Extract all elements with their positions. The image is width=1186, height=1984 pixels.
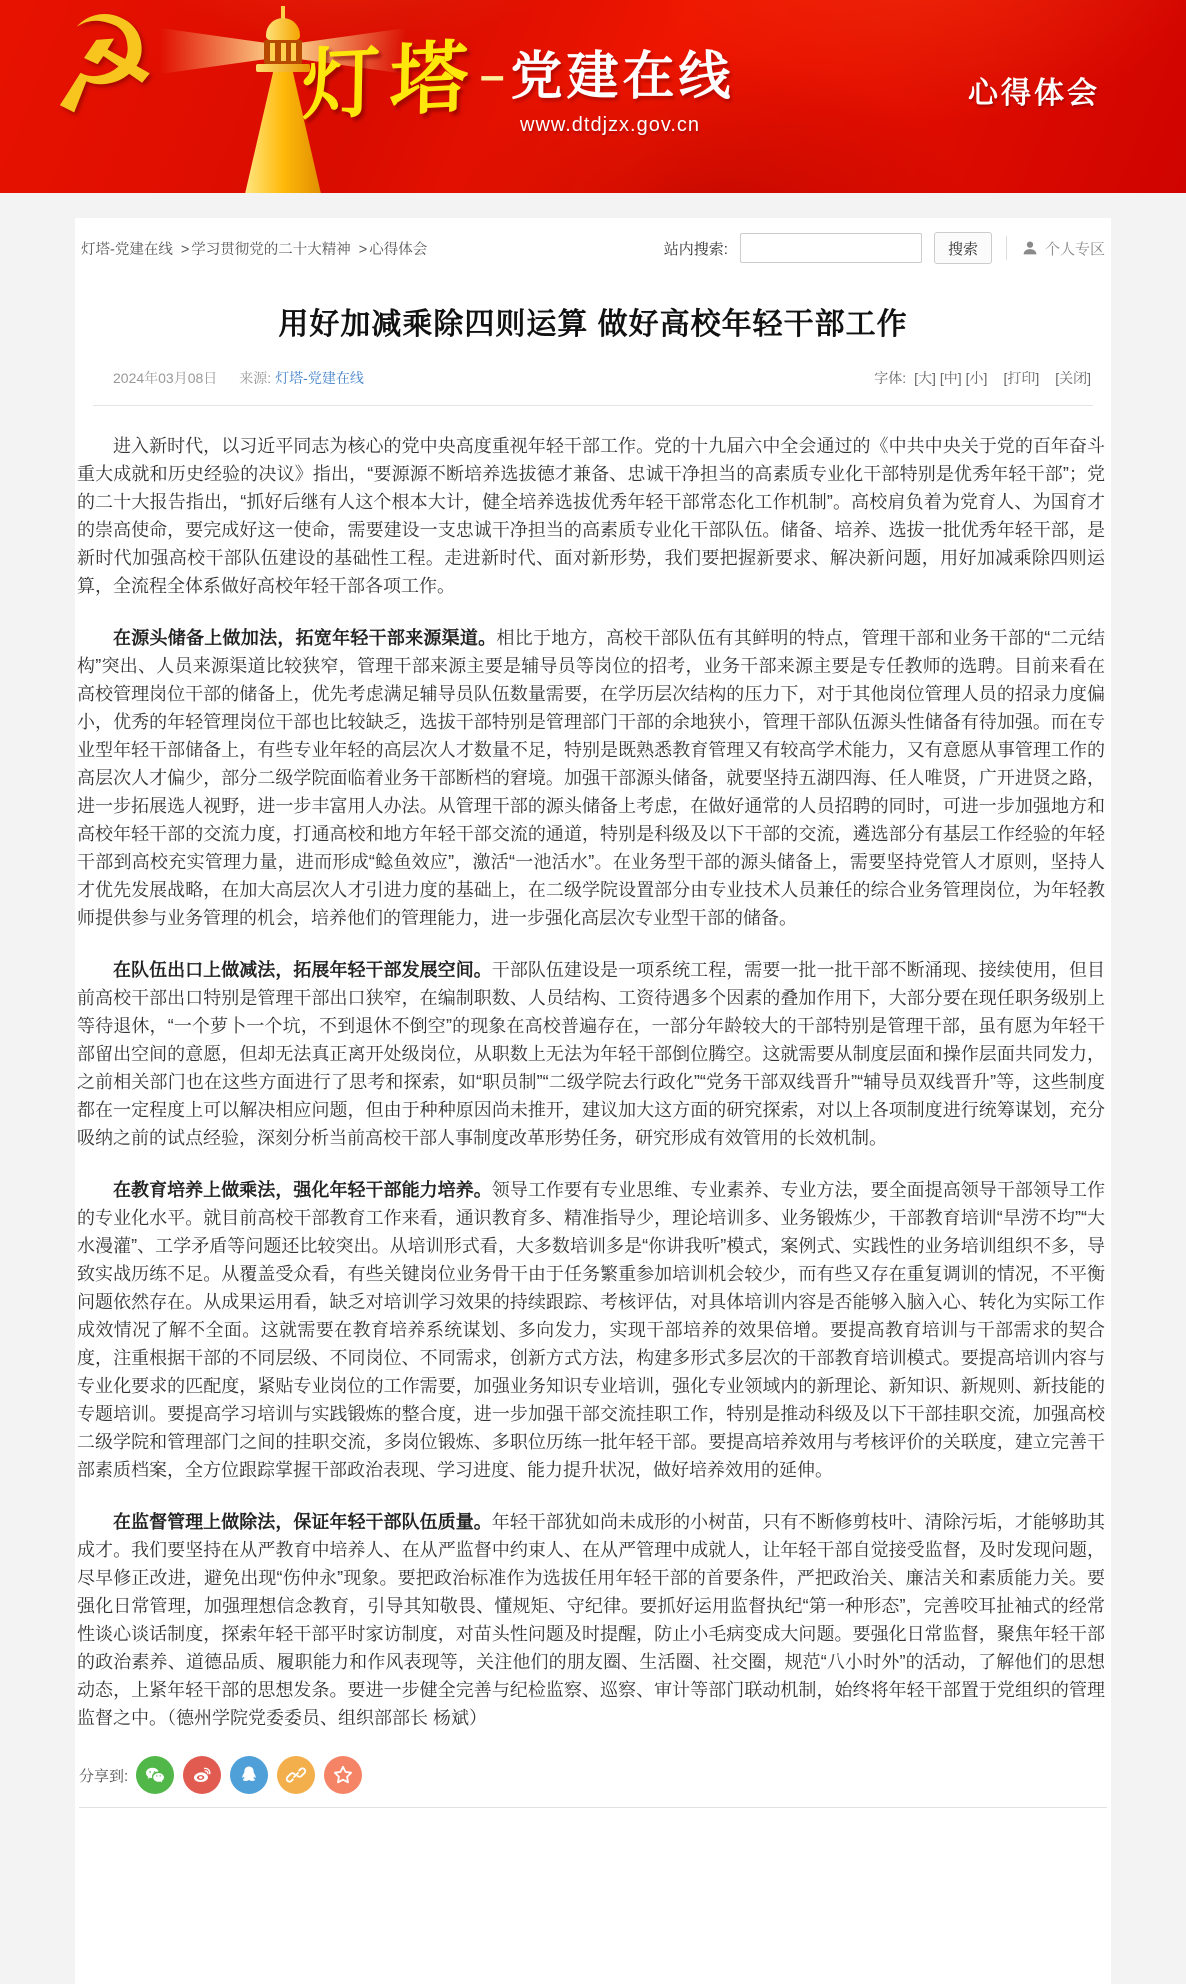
search-label: 站内搜索: xyxy=(664,238,728,259)
publish-date: 2024年03月08日 xyxy=(113,370,217,386)
source-label: 来源: xyxy=(239,370,271,386)
article-paragraph: 在队伍出口上做减法，拓展年轻干部发展空间。干部队伍建设是一项系统工程，需要一批一… xyxy=(77,956,1105,1152)
party-emblem-icon: ☭ xyxy=(34,0,169,149)
article-body: 进入新时代，以习近平同志为核心的党中央高度重视年轻干部工作。党的十九届六中全会通… xyxy=(75,406,1111,1732)
font-small-button[interactable]: [小] xyxy=(966,370,988,386)
article-meta: 2024年03月08日来源:灯塔-党建在线 字体:[大][中][小][打印][关… xyxy=(75,368,1111,388)
logo-main-text: 灯塔 xyxy=(301,37,478,124)
breadcrumb-separator: > xyxy=(359,242,367,258)
site-url: www.dtdjzx.gov.cn xyxy=(520,114,735,137)
article-title: 用好加减乘除四则运算 做好高校年轻干部工作 xyxy=(95,304,1091,346)
lighthouse-dome xyxy=(266,18,300,40)
article-paragraph: 在监督管理上做除法，保证年轻干部队伍质量。年轻干部犹如尚未成形的小树苗，只有不断… xyxy=(77,1508,1105,1732)
share-qq-button[interactable] xyxy=(230,1756,268,1794)
source-link[interactable]: 灯塔-党建在线 xyxy=(275,370,364,386)
site-banner: ☭ 灯塔–党建在线 www.dtdjzx.gov.cn 心得体会 xyxy=(0,0,1186,193)
content-card: 灯塔-党建在线>学习贯彻党的二十大精神>心得体会 站内搜索: 搜索 个人专区 用… xyxy=(75,218,1111,1984)
breadcrumb-home[interactable]: 灯塔-党建在线 xyxy=(81,242,173,258)
search-zone: 站内搜索: 搜索 个人专区 xyxy=(664,232,1105,264)
article-paragraph: 在教育培养上做乘法，强化年轻干部能力培养。领导工作要有专业思维、专业素养、专业方… xyxy=(77,1176,1105,1484)
share-link-button[interactable] xyxy=(277,1756,315,1794)
search-input[interactable] xyxy=(740,233,922,263)
share-weibo-button[interactable] xyxy=(183,1756,221,1794)
page-background: 灯塔-党建在线>学习贯彻党的二十大精神>心得体会 站内搜索: 搜索 个人专区 用… xyxy=(0,193,1186,1984)
share-wechat-button[interactable] xyxy=(136,1756,174,1794)
article-paragraph: 进入新时代，以习近平同志为核心的党中央高度重视年轻干部工作。党的十九届六中全会通… xyxy=(77,432,1105,600)
site-logo[interactable]: 灯塔–党建在线 www.dtdjzx.gov.cn xyxy=(302,34,735,137)
font-medium-button[interactable]: [中] xyxy=(940,370,962,386)
close-button[interactable]: [关闭] xyxy=(1055,370,1091,386)
print-button[interactable]: [打印] xyxy=(1003,370,1039,386)
breadcrumb-category[interactable]: 学习贯彻党的二十大精神 xyxy=(191,242,351,258)
article-paragraph: 在源头储备上做加法，拓宽年轻干部来源渠道。相比于地方，高校干部队伍有其鲜明的特点… xyxy=(77,624,1105,932)
breadcrumb-separator: > xyxy=(181,242,189,258)
font-large-button[interactable]: [大] xyxy=(914,370,936,386)
bottom-divider xyxy=(79,1807,1107,1808)
logo-sub-text: 党建在线 xyxy=(511,34,735,109)
user-icon[interactable] xyxy=(1021,239,1039,257)
lighthouse-lamp xyxy=(264,40,302,64)
share-icons xyxy=(136,1756,371,1794)
personal-zone-link[interactable]: 个人专区 xyxy=(1045,238,1105,259)
meta-left: 2024年03月08日来源:灯塔-党建在线 xyxy=(113,368,364,388)
topbar: 灯塔-党建在线>学习贯彻党的二十大精神>心得体会 站内搜索: 搜索 个人专区 xyxy=(75,218,1111,276)
search-button[interactable]: 搜索 xyxy=(934,232,992,264)
font-controls: 字体:[大][中][小][打印][关闭] xyxy=(874,368,1091,388)
logo-dash: – xyxy=(480,51,504,101)
vertical-divider xyxy=(1006,236,1007,260)
share-label: 分享到: xyxy=(79,1765,128,1786)
share-favorite-button[interactable] xyxy=(324,1756,362,1794)
share-bar: 分享到: xyxy=(75,1756,1111,1794)
breadcrumb-current[interactable]: 心得体会 xyxy=(369,242,427,258)
font-size-label: 字体: xyxy=(874,370,906,386)
banner-section-title: 心得体会 xyxy=(968,68,1100,112)
breadcrumb: 灯塔-党建在线>学习贯彻党的二十大精神>心得体会 xyxy=(81,238,427,259)
